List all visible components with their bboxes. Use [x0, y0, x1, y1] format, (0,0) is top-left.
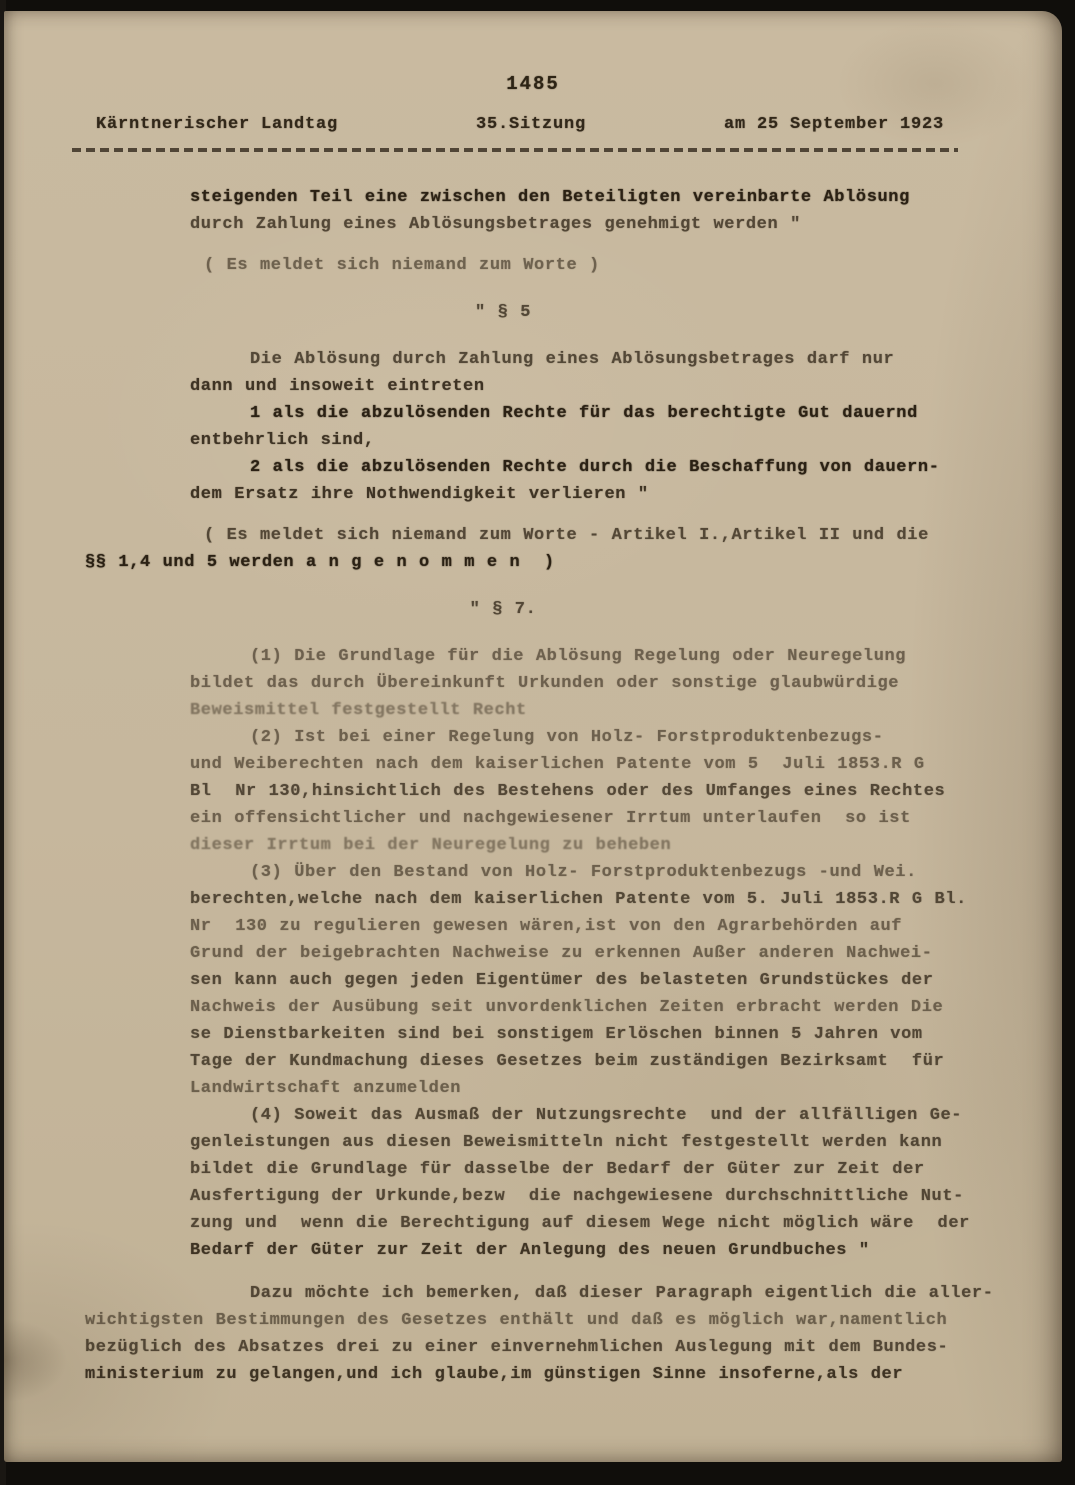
- text-line: bildet die Grundlage für dasselbe der Be…: [4, 1156, 1062, 1183]
- header-institution: Kärntnerischer Landtag: [96, 115, 338, 134]
- dashed-rule: [72, 148, 958, 152]
- text-line: (2) Ist bei einer Regelung von Holz- For…: [4, 724, 1062, 751]
- text-line: Die Ablösung durch Zahlung eines Ablösun…: [4, 346, 1062, 373]
- text-line: §§ 1,4 und 5 werden a n g e n o m m e n …: [4, 549, 1062, 576]
- text-line: berechten,welche nach dem kaiserlichen P…: [4, 886, 1062, 913]
- text-line: 2 als die abzulösenden Rechte durch die …: [4, 454, 1062, 481]
- text-line: bildet das durch Übereinkunft Urkunden o…: [4, 670, 1062, 697]
- text-line: (4) Soweit das Ausmaß der Nutzungsrechte…: [4, 1102, 1062, 1129]
- text-line: und Weiberechten nach dem kaiserlichen P…: [4, 751, 1062, 778]
- text-line: durch Zahlung eines Ablösungsbetrages ge…: [4, 211, 1062, 238]
- text-line: ministerium zu gelangen,und ich glaube,i…: [4, 1361, 1062, 1388]
- text-line: Bedarf der Güter zur Zeit der Anlegung d…: [4, 1237, 1062, 1264]
- text-line: Ausfertigung der Urkunde,bezw die nachge…: [4, 1183, 1062, 1210]
- paper-sheet: 1485 Kärntnerischer Landtag 35.Sitzung a…: [4, 11, 1062, 1462]
- text-line: (1) Die Grundlage für die Ablösung Regel…: [4, 643, 1062, 670]
- text-line: bezüglich des Absatzes drei zu einer ein…: [4, 1334, 1062, 1361]
- text-line: dann und insoweit eintreten: [4, 373, 1062, 400]
- text-line: Nachweis der Ausübung seit unvordenklich…: [4, 994, 1062, 1021]
- text-line: sen kann auch gegen jeden Eigentümer des…: [4, 967, 1062, 994]
- text-line: ( Es meldet sich niemand zum Worte ): [4, 252, 1062, 279]
- text-line: steigenden Teil eine zwischen den Beteil…: [4, 184, 1062, 211]
- text-line: Landwirtschaft anzumelden: [4, 1075, 1062, 1102]
- text-line: " § 7.: [4, 596, 1062, 623]
- text-line: ( Es meldet sich niemand zum Worte - Art…: [4, 522, 1062, 549]
- text-line: Bl Nr 130,hinsichtlich des Bestehens ode…: [4, 778, 1062, 805]
- text-line: Beweismittel festgestellt Recht: [4, 697, 1062, 724]
- text-line: " § 5: [4, 299, 1062, 326]
- text-line: genleistungen aus diesen Beweismitteln n…: [4, 1129, 1062, 1156]
- page-number: 1485: [4, 73, 1062, 95]
- text-line: zung und wenn die Berechtigung auf diese…: [4, 1210, 1062, 1237]
- scanned-page: 1485 Kärntnerischer Landtag 35.Sitzung a…: [0, 0, 1075, 1485]
- text-line: Grund der beigebrachten Nachweise zu erk…: [4, 940, 1062, 967]
- text-line: ein offensichtlicher und nachgewiesener …: [4, 805, 1062, 832]
- header-date: am 25 September 1923: [724, 115, 944, 134]
- text-line: 1 als die abzulösenden Rechte für das be…: [4, 400, 1062, 427]
- text-line: wichtigsten Bestimmungen des Gesetzes en…: [4, 1307, 1062, 1334]
- text-line: entbehrlich sind,: [4, 427, 1062, 454]
- text-line: Tage der Kundmachung dieses Gesetzes bei…: [4, 1048, 1062, 1075]
- header-session: 35.Sitzung: [476, 115, 586, 134]
- text-line: se Dienstbarkeiten sind bei sonstigem Er…: [4, 1021, 1062, 1048]
- text-line: dieser Irrtum bei der Neuregelung zu beh…: [4, 832, 1062, 859]
- text-line: dem Ersatz ihre Nothwendigkeit verlieren…: [4, 481, 1062, 508]
- text-line: Dazu möchte ich bemerken, daß dieser Par…: [4, 1280, 1062, 1307]
- text-line: (3) Über den Bestand von Holz- Forstprod…: [4, 859, 1062, 886]
- document-body: steigenden Teil eine zwischen den Beteil…: [4, 184, 1062, 1388]
- page-header: Kärntnerischer Landtag 35.Sitzung am 25 …: [4, 115, 1062, 134]
- text-line: Nr 130 zu regulieren gewesen wären,ist v…: [4, 913, 1062, 940]
